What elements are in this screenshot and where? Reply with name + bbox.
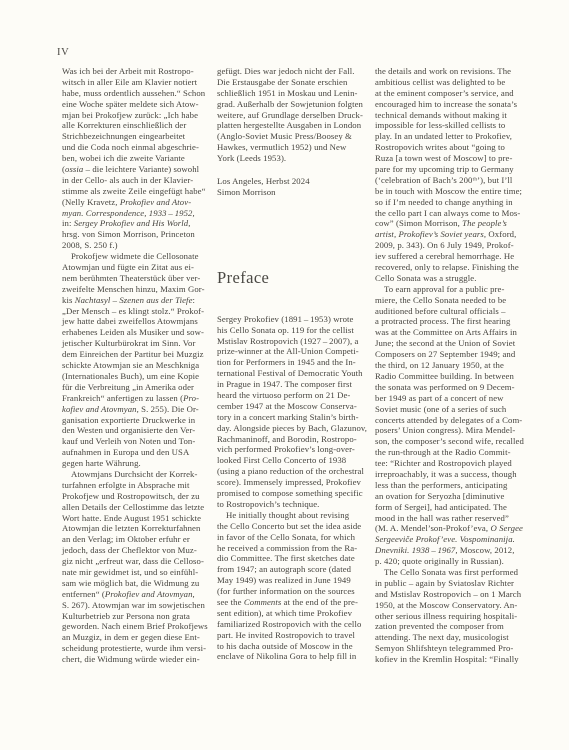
text-line: was at the Committee on Arts Affairs in bbox=[375, 327, 518, 338]
text-line: dem Einreichen der Partitur bei Muzgiz bbox=[62, 349, 205, 360]
text-line: enclave of Nikolina Gora to help fill in bbox=[217, 651, 363, 662]
text-line: in: Sergey Prokofiev and His World, bbox=[62, 218, 205, 229]
text-line: jedoch, dass der Cheflektor von Muz- bbox=[62, 545, 205, 556]
paragraph: Atowmjans Durchsicht der Korrek-turfahne… bbox=[62, 469, 205, 665]
text-line: ternational Festival of Democratic Youth bbox=[217, 368, 363, 379]
text-line: schickte Atowmjan sie an Meschkniga bbox=[62, 360, 205, 371]
text-line: an ovation for Seryozha [diminutive bbox=[375, 491, 518, 502]
text-line: ambitious cellist was delighted to be bbox=[375, 77, 518, 88]
text-line: geworden. Nach einem Brief Prokofjews bbox=[62, 621, 205, 632]
text-line: promised to compose something specific bbox=[217, 488, 363, 499]
text-line: to Rostropovich’s technique. bbox=[217, 499, 363, 510]
text-line: Die Erstausgabe der Sonate erschien bbox=[217, 77, 363, 88]
text-line: the details and work on revisions. The bbox=[375, 66, 518, 77]
text-line: eine Woche später meldete sich Atow- bbox=[62, 99, 205, 110]
text-line: sent edition), at which time Prokofiev bbox=[217, 608, 363, 619]
text-line: kauf und Verleih von Noten und Ton- bbox=[62, 436, 205, 447]
text-line: (Nelly Kravetz, Prokofiev and Atov- bbox=[62, 197, 205, 208]
text-line: S. 267). Atowmjan war im sowjetischen bbox=[62, 600, 205, 611]
text-line: attending. The next day, musicologist bbox=[375, 632, 518, 643]
text-line: the run-through at the Radio Commit- bbox=[375, 447, 518, 458]
text-line: recovered, only to relapse. Finishing th… bbox=[375, 262, 518, 273]
text-line: Simon Morrison bbox=[217, 187, 363, 198]
text-line: Ruza [a town west of Moscow] to pre- bbox=[375, 153, 518, 164]
text-column-middle: gefügt. Dies war jedoch nicht der Fall.D… bbox=[217, 66, 363, 662]
text-line: grad. Außerhalb der Sowjetunion folgten bbox=[217, 99, 363, 110]
text-line: Was ich bei der Arbeit mit Rostropo- bbox=[62, 66, 205, 77]
text-line: Wort hatte. Ende August 1951 schickte bbox=[62, 513, 205, 524]
text-line: tee: “Richter and Rostropovich played bbox=[375, 458, 518, 469]
signature-block: Los Angeles, Herbst 2024Simon Morrison bbox=[217, 176, 363, 198]
text-line: Atowmjans Durchsicht der Korrek- bbox=[62, 469, 205, 480]
text-line: tion for Performers in 1945 and the In- bbox=[217, 357, 363, 368]
text-line: auditioned before cultural officials – bbox=[375, 306, 518, 317]
text-line: hrsg. von Simon Morrison, Princeton bbox=[62, 229, 205, 240]
text-line: erhabenes Leiden als Musiker und sow- bbox=[62, 327, 205, 338]
text-line: Strichbezeichnungen eingearbeitet bbox=[62, 131, 205, 142]
text-line: a protracted process. The first hearing bbox=[375, 316, 518, 327]
text-line: in public – again by Sviatoslav Richter bbox=[375, 578, 518, 589]
text-line: score). Immensely impressed, Prokofiev bbox=[217, 477, 363, 488]
text-line: prize-winner at the All-Union Competi- bbox=[217, 346, 363, 357]
text-line: Frankreich“ anfertigen zu lassen (Pro- bbox=[62, 393, 205, 404]
text-line: Kulturbetrieb zur Persona non grata bbox=[62, 611, 205, 622]
text-line: vich performed Prokofiev’s long-over- bbox=[217, 444, 363, 455]
paragraph: gefügt. Dies war jedoch nicht der Fall.D… bbox=[217, 66, 363, 164]
text-line: He initially thought about revising bbox=[217, 510, 363, 521]
text-line: kofiev and Atovmyan, S. 255). Die Or- bbox=[62, 404, 205, 415]
text-line: platten hergestellte Ausgaben in London bbox=[217, 120, 363, 131]
text-line: impossible for less-skilled cellists to bbox=[375, 120, 518, 131]
text-line: (using a piano reduction of the orchestr… bbox=[217, 466, 363, 477]
paragraph: Prokofjew widmete die CellosonateAtowmja… bbox=[62, 251, 205, 469]
text-line: encouraged him to increase the sonata’s bbox=[375, 99, 518, 110]
text-line: artist, Prokofiev’s Soviet years, Oxford… bbox=[375, 229, 518, 240]
text-line: part. He invited Rostropovich to travel bbox=[217, 630, 363, 641]
text-line: turfahnen erfolgte in Absprache mit bbox=[62, 480, 205, 491]
text-line: familiarized Rostropovich with the cello bbox=[217, 619, 363, 630]
text-column-right: the details and work on revisions. Theam… bbox=[375, 66, 518, 665]
text-line: zweifelte Menschen hinzu, Maxim Gor- bbox=[62, 284, 205, 295]
text-line: schließlich 1951 in Moskau und Lenin- bbox=[217, 88, 363, 99]
text-line: Radio Committee building. In between bbox=[375, 371, 518, 382]
text-line: (Anglo-Soviet Music Press/Boosey & bbox=[217, 131, 363, 142]
text-line: zation prevented the composer from bbox=[375, 621, 518, 632]
text-line: mood in the hall was rather reserved” bbox=[375, 513, 518, 524]
text-line: in Prague in 1947. The composer first bbox=[217, 379, 363, 390]
text-line: allen Details der Cellostimme das letzte bbox=[62, 502, 205, 513]
text-line: the cello part I can always come to Mos- bbox=[375, 208, 518, 219]
text-line: alle Korrekturen einschließlich der bbox=[62, 120, 205, 131]
text-line: see the Comments at the end of the pre- bbox=[217, 597, 363, 608]
text-line: gefügt. Dies war jedoch nicht der Fall. bbox=[217, 66, 363, 77]
text-line: cember 1947 at the Moscow Conserva- bbox=[217, 401, 363, 412]
text-line: play. In an undated letter to Prokofiev, bbox=[375, 131, 518, 142]
text-line: in favor of the Cello Sonata, for which bbox=[217, 532, 363, 543]
text-line: be in touch with Moscow the entire time; bbox=[375, 186, 518, 197]
text-line: nate mir gewidmet ist, und so einfühl- bbox=[62, 567, 205, 578]
text-line: Los Angeles, Herbst 2024 bbox=[217, 176, 363, 187]
text-line: an den Verlag; im Oktober erfuhr er bbox=[62, 534, 205, 545]
paragraph: the details and work on revisions. Theam… bbox=[375, 66, 518, 284]
text-line: ben, wobei ich die zweite Variante bbox=[62, 153, 205, 164]
text-line: dio Committee. The first sketches date bbox=[217, 553, 363, 564]
text-line: stimme als zweite Zeile eingefügt habe“ bbox=[62, 186, 205, 197]
page-number: IV bbox=[57, 47, 69, 58]
text-line: Cello Sonata was a struggle. bbox=[375, 273, 518, 284]
text-line: less than the performers, anticipating bbox=[375, 480, 518, 491]
text-line: cow” (Simon Morrison, The people’s bbox=[375, 218, 518, 229]
text-line: „Der Mensch – es klingt stolz.“ Prokof- bbox=[62, 306, 205, 317]
text-line: scheidung protestierte, wurde ihm versi- bbox=[62, 643, 205, 654]
text-line: weitere, auf Grundlage derselben Druck- bbox=[217, 110, 363, 121]
text-line: ganisation exportierte Druckwerke in bbox=[62, 415, 205, 426]
text-line: Hawkes, vermutlich 1952) und New bbox=[217, 142, 363, 153]
text-line: nem berühmten Theaterstück über ver- bbox=[62, 273, 205, 284]
text-line: his Cello Sonata op. 119 for the cellist bbox=[217, 325, 363, 336]
text-line: Dnevniki. 1938 – 1967, Moscow, 2012, bbox=[375, 545, 518, 556]
book-page: IV Was ich bei der Arbeit mit Rostropo-w… bbox=[0, 0, 569, 750]
text-line: so if I’m needed to change anything in bbox=[375, 197, 518, 208]
text-line: Composers on 27 September 1949; and bbox=[375, 349, 518, 360]
text-line: the Cello Concerto but set the idea asid… bbox=[217, 521, 363, 532]
text-line: Prokofjew widmete die Cellosonate bbox=[62, 251, 205, 262]
text-line: Sergeeviče Prokof’eve. Vospominanija. bbox=[375, 534, 518, 545]
text-line: the sonata was performed on 9 Decem- bbox=[375, 382, 518, 393]
text-line: witsch in aller Eile am Klavier notiert bbox=[62, 77, 205, 88]
text-line: tory in a concert marking Stalin’s birth… bbox=[217, 412, 363, 423]
text-line: looked First Cello Concerto of 1938 bbox=[217, 455, 363, 466]
section-heading: Preface bbox=[217, 268, 363, 288]
text-line: (M. A. Mendel’son-Prokof’eva, O Sergee bbox=[375, 523, 518, 534]
text-line: Mstislav Rostropovich (1927 – 2007), a bbox=[217, 336, 363, 347]
text-column-left: Was ich bei der Arbeit mit Rostropo-wits… bbox=[62, 66, 205, 665]
text-line: posers’ Union congress). Mira Mendel- bbox=[375, 425, 518, 436]
text-line: Sergey Prokofiev (1891 – 1953) wrote bbox=[217, 314, 363, 325]
text-line: May 1949) was realized in June 1949 bbox=[217, 575, 363, 586]
text-line: miere, the Cello Sonata needed to be bbox=[375, 295, 518, 306]
text-line: kofiev in the Kremlin Hospital: “Finally bbox=[375, 654, 518, 665]
text-line: son, the composer’s second wife, recalle… bbox=[375, 436, 518, 447]
text-line: für die Verbreitung „in Amerika oder bbox=[62, 382, 205, 393]
text-line: York (Leeds 1953). bbox=[217, 153, 363, 164]
text-line: und die Coda noch einmal abgeschrie- bbox=[62, 142, 205, 153]
text-line: gegen harte Währung. bbox=[62, 458, 205, 469]
text-line: Rostropovich writes about “going to bbox=[375, 142, 518, 153]
text-line: from 1947; an autograph score (dated bbox=[217, 564, 363, 575]
text-line: ber 1949 as part of a concert of new bbox=[375, 393, 518, 404]
text-line: irreproachably, it was a success, though bbox=[375, 469, 518, 480]
text-line: Soviet music (one of a series of such bbox=[375, 404, 518, 415]
text-line: Atowmjan die letzten Korrekturfahnen bbox=[62, 523, 205, 534]
text-line: he received a commission from the Ra- bbox=[217, 543, 363, 554]
text-line: entfernen“ (Prokofiev and Atovmyan, bbox=[62, 589, 205, 600]
text-line: Rachmaninoff, and Borodin, Rostropo- bbox=[217, 434, 363, 445]
text-line: (for further information on the sources bbox=[217, 586, 363, 597]
text-line: (ossia – die leichtere Variante) sowohl bbox=[62, 164, 205, 175]
paragraph: The Cello Sonata was first performedin p… bbox=[375, 567, 518, 665]
text-line: pare for my upcoming trip to Germany bbox=[375, 164, 518, 175]
text-line: other serious illness requiring hospital… bbox=[375, 611, 518, 622]
text-line: To earn approval for a public pre- bbox=[375, 284, 518, 295]
text-line: Atowmjan und fügte ein Zitat aus ei- bbox=[62, 262, 205, 273]
text-line: 1950, at the Moscow Conservatory. An- bbox=[375, 600, 518, 611]
text-line: iev suffered a cerebral hemorrhage. He bbox=[375, 251, 518, 262]
text-line: jetischer Kulturbürokrat im Sinn. Vor bbox=[62, 338, 205, 349]
text-line: the third, on 12 January 1950, at the bbox=[375, 360, 518, 371]
text-line: technical demands without making it bbox=[375, 110, 518, 121]
text-line: mjan bei Prokofjew zurück: „Ich habe bbox=[62, 110, 205, 121]
text-line: The Cello Sonata was first performed bbox=[375, 567, 518, 578]
text-line: concerts attended by delegates of a Com- bbox=[375, 415, 518, 426]
text-line: chert, die Widmung würde wieder ein- bbox=[62, 654, 205, 665]
text-line: Semyon Shlifshteyn telegrammed Pro- bbox=[375, 643, 518, 654]
text-line: June; the second at the Union of Soviet bbox=[375, 338, 518, 349]
text-line: Prokofjew und Rostropowitsch, der zu bbox=[62, 491, 205, 502]
text-line: heard the virtuoso perform on 21 De- bbox=[217, 390, 363, 401]
text-line: 2009, p. 343). On 6 July 1949, Prokof- bbox=[375, 240, 518, 251]
text-line: in der Cello- als auch in der Klavier- bbox=[62, 175, 205, 186]
text-line: form of Sergei], had anticipated. The bbox=[375, 502, 518, 513]
paragraph: To earn approval for a public pre-miere,… bbox=[375, 284, 518, 567]
text-line: habe, muss ordentlich aussehen.“ Schon bbox=[62, 88, 205, 99]
text-line: to his dacha outside of Moscow in the bbox=[217, 641, 363, 652]
paragraph: He initially thought about revisingthe C… bbox=[217, 510, 363, 662]
text-line: p. 420; quote originally in Russian). bbox=[375, 556, 518, 567]
text-line: den Westen und organisierte den Ver- bbox=[62, 425, 205, 436]
paragraph: Was ich bei der Arbeit mit Rostropo-wits… bbox=[62, 66, 205, 251]
text-line: giz nicht „erfreut war, dass die Celloso… bbox=[62, 556, 205, 567]
text-line: aufnahmen in Europa und den USA bbox=[62, 447, 205, 458]
text-line: an Muzgiz, in dem er gegen diese Ent- bbox=[62, 632, 205, 643]
text-line: kis Nachtasyl – Szenen aus der Tiefe: bbox=[62, 295, 205, 306]
text-line: (Internationales Buch), um eine Kopie bbox=[62, 371, 205, 382]
text-line: and Mstislav Rostropovich – on 1 March bbox=[375, 589, 518, 600]
text-line: sam wie möglich bat, die Widmung zu bbox=[62, 578, 205, 589]
text-line: at the eminent composer’s service, and bbox=[375, 88, 518, 99]
text-line: day. Alongside pieces by Bach, Glazunov, bbox=[217, 423, 363, 434]
paragraph: Sergey Prokofiev (1891 – 1953) wrotehis … bbox=[217, 314, 363, 510]
text-line: jew hatte dabei zweifellos Atowmjans bbox=[62, 316, 205, 327]
text-line: (‘celebration of Bach’s 200ᵗʰ’), but I’l… bbox=[375, 175, 518, 186]
text-line: myan. Correspondence, 1933 – 1952, bbox=[62, 208, 205, 219]
text-line: 2008, S. 250 f.) bbox=[62, 240, 205, 251]
